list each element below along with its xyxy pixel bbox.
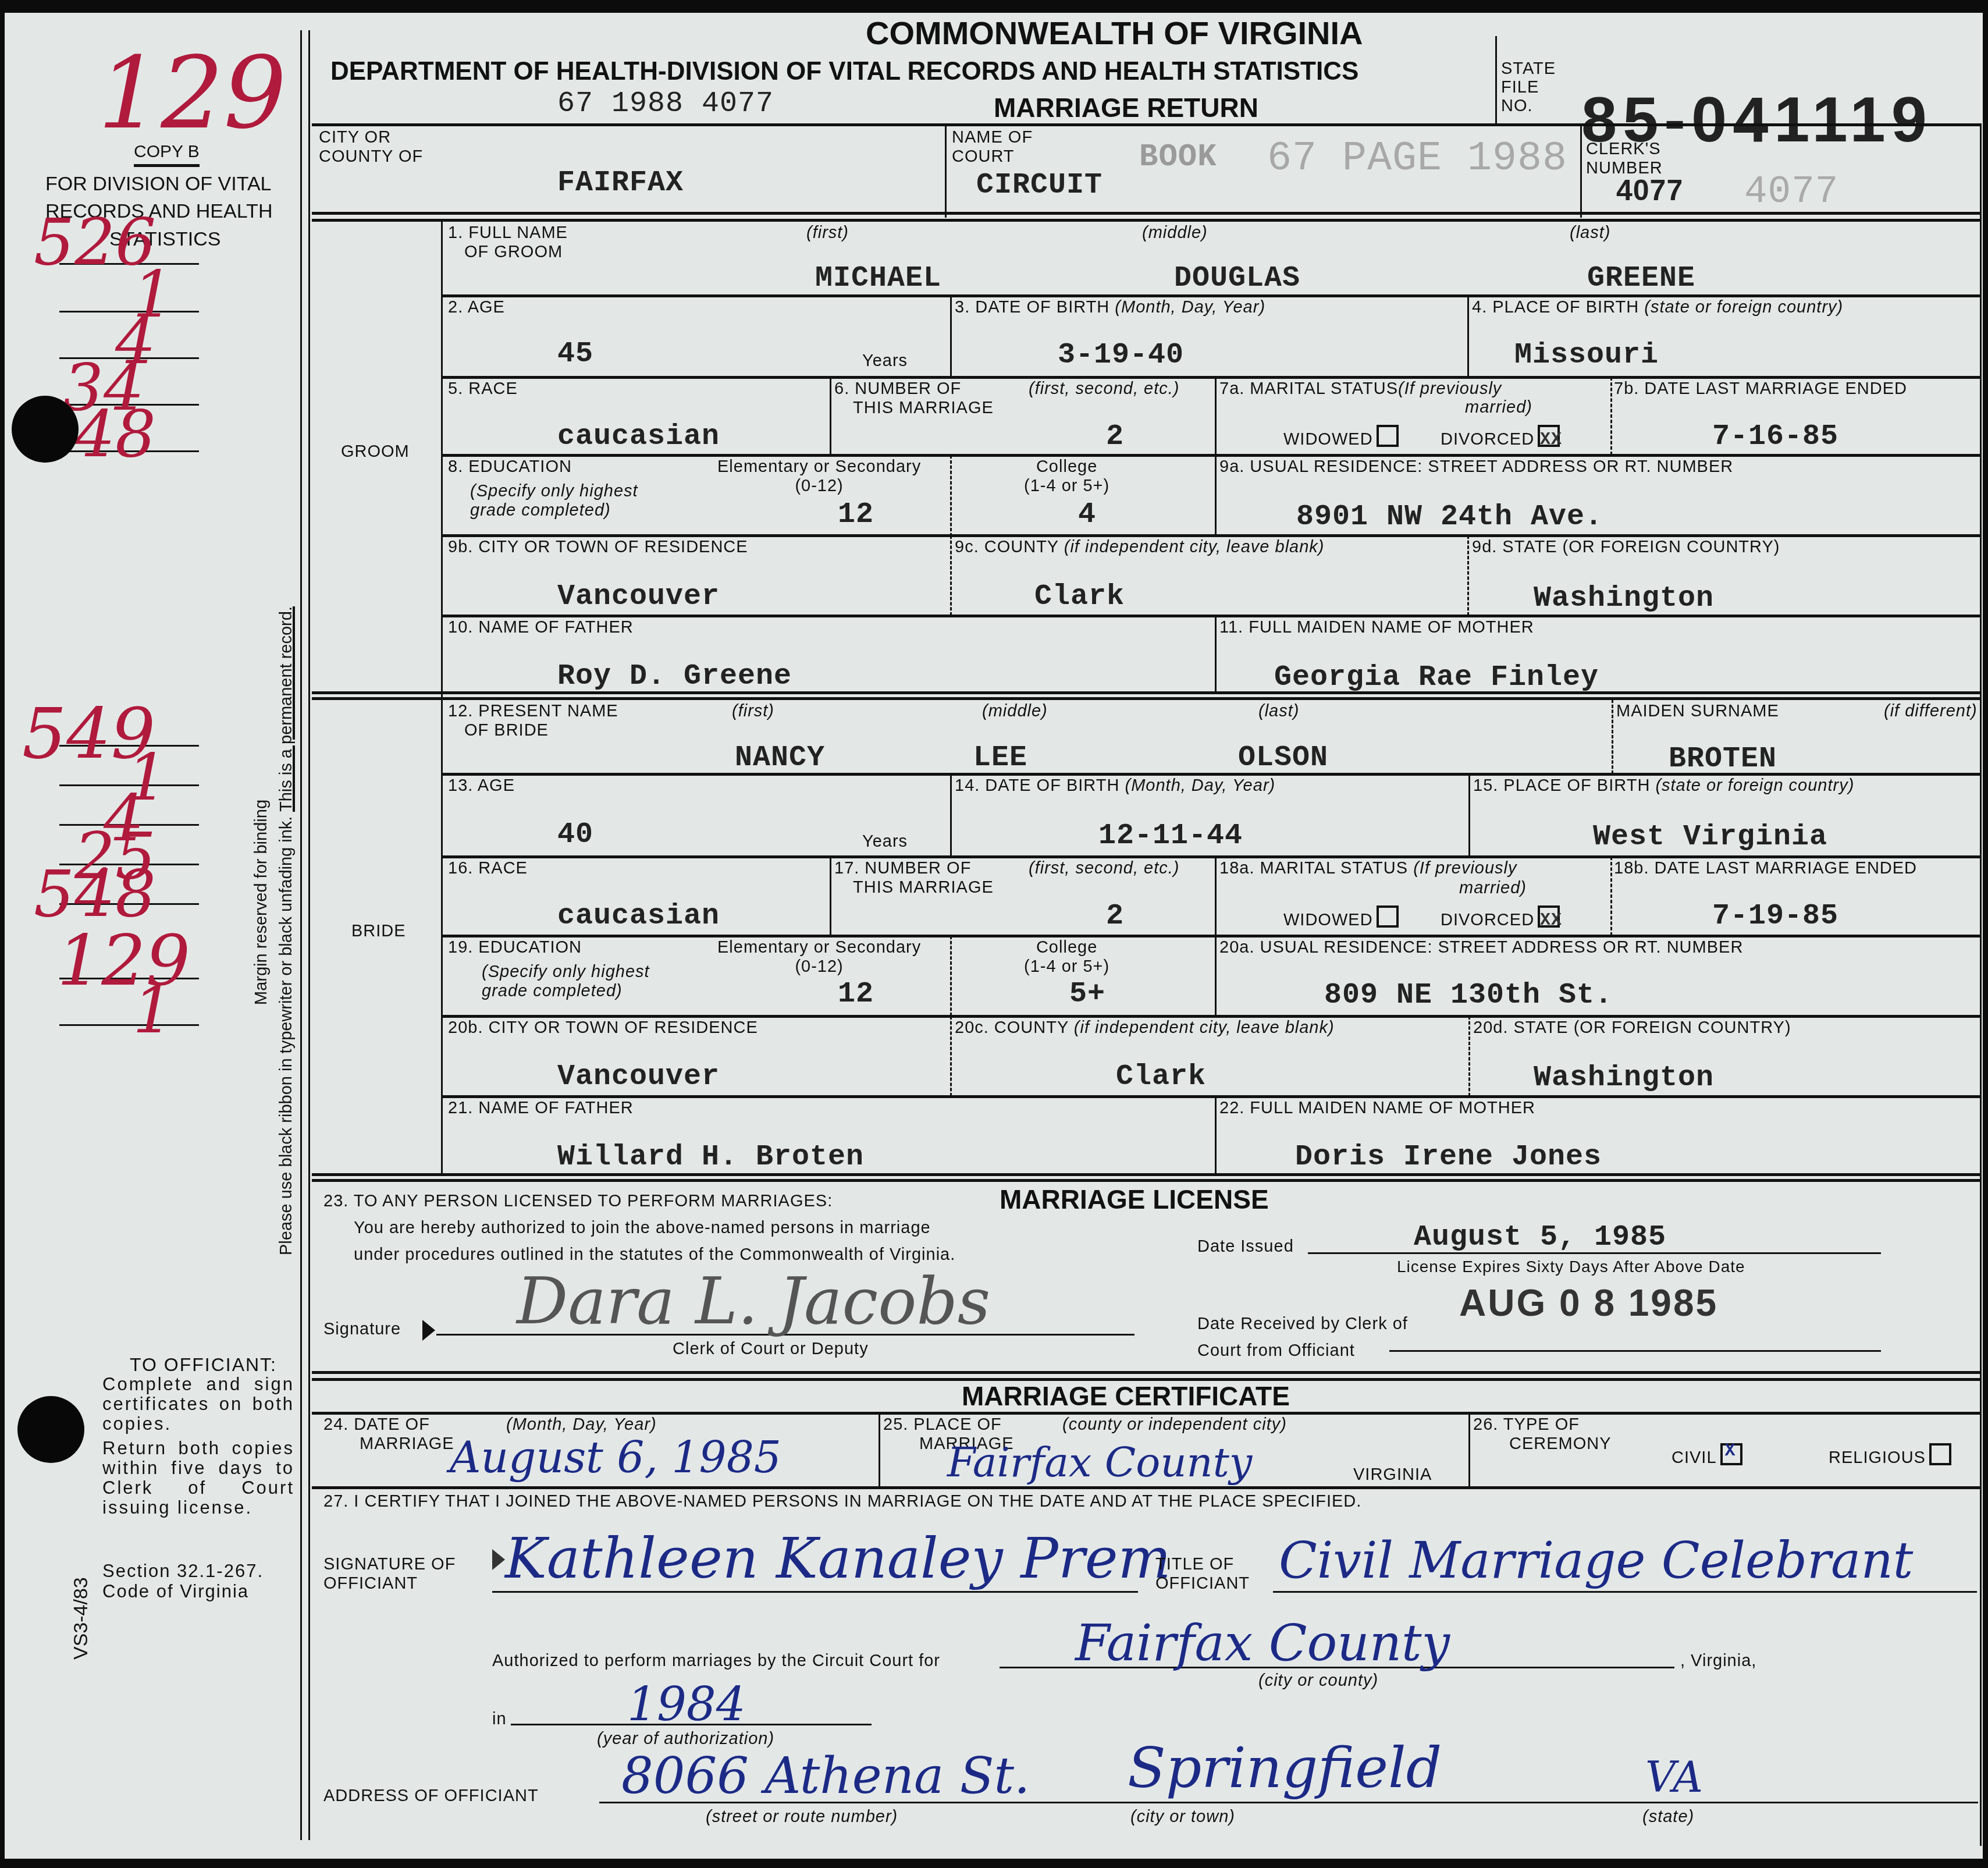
- years-label: Years: [862, 832, 908, 851]
- bride-elem-grade: 12: [838, 978, 874, 1011]
- col-divider: [879, 1413, 880, 1487]
- officiant-address-label: ADDRESS OF OFFICIANT: [323, 1787, 539, 1806]
- widowed-label: WIDOWED: [1283, 911, 1373, 929]
- label-line: (0-12): [717, 957, 921, 976]
- label-text: 9c. COUNTY: [955, 538, 1059, 556]
- maiden-surname-label: MAIDEN SURNAME: [1616, 702, 1779, 721]
- bride-divorced-option[interactable]: DIVORCEDXX: [1441, 905, 1560, 930]
- edu-hint: (Specify only highest grade completed): [470, 482, 638, 520]
- label-text: 4. PLACE OF BIRTH: [1472, 298, 1639, 317]
- groom-elem-grade: 12: [838, 498, 874, 531]
- col-divider: [950, 455, 952, 537]
- edu-hint: (Specify only highest grade completed): [482, 963, 650, 1001]
- typed-x-mark: XX: [1540, 911, 1562, 931]
- signature-arrow-icon: [492, 1549, 505, 1570]
- row-rule: [442, 1015, 1982, 1018]
- label-text: 14. DATE OF BIRTH: [955, 776, 1119, 795]
- col-divider: [1215, 936, 1217, 1016]
- bride-last-ended-label: 18b. DATE LAST MARRIAGE ENDED: [1614, 859, 1917, 878]
- groom-state: Washington: [1534, 582, 1714, 615]
- bride-age: 40: [557, 818, 593, 851]
- label-line: OFFICIANT: [1155, 1574, 1250, 1593]
- groom-middle-name: DOUGLAS: [1174, 262, 1300, 295]
- label-text: 7a. MARITAL STATUS: [1219, 379, 1398, 398]
- date-received-label: Date Received by Clerk of Court from Off…: [1197, 1311, 1408, 1364]
- bride-pob: West Virginia: [1593, 821, 1827, 854]
- bride-last-name: OLSON: [1238, 741, 1328, 775]
- divorced-checkbox[interactable]: XX: [1538, 425, 1560, 447]
- groom-section-label: GROOM: [341, 442, 410, 461]
- groom-city-label: 9b. CITY OR TOWN OF RESIDENCE: [448, 538, 748, 557]
- label-line: 17. NUMBER OF: [834, 859, 994, 878]
- label-line: Court from Officiant: [1197, 1337, 1408, 1364]
- label-line: OF BRIDE: [448, 721, 618, 740]
- street-caption: (street or route number): [706, 1807, 898, 1827]
- form-right-edge: [1980, 123, 1982, 1846]
- officiant-signature-label: SIGNATURE OF OFFICIANT: [323, 1555, 456, 1593]
- bride-state-label: 20d. STATE (OR FOREIGN COUNTRY): [1473, 1018, 1791, 1038]
- date-issued: August 5, 1985: [1414, 1221, 1666, 1254]
- bride-residence-label: 20a. USUAL RESIDENCE: STREET ADDRESS OR …: [1219, 938, 1743, 957]
- row-rule: [442, 935, 1982, 937]
- col-divider: [1215, 377, 1217, 455]
- clerk-number-value: 4077: [1616, 173, 1683, 207]
- row-rule: [312, 1486, 1982, 1489]
- clerk-signature-caption: Clerk of Court or Deputy: [673, 1340, 869, 1359]
- groom-county: Clark: [1034, 580, 1125, 613]
- bride-city-label: 20b. CITY OR TOWN OF RESIDENCE: [448, 1018, 758, 1038]
- ink-note-text: Please use black ribbon in typewriter or…: [277, 816, 296, 1255]
- state-file-label-line: FILE: [1501, 78, 1556, 97]
- last-hint: (last): [1570, 223, 1610, 243]
- state-title: COMMONWEALTH OF VIRGINIA: [866, 14, 1363, 52]
- margin-code: 548: [34, 857, 156, 931]
- col-divider: [830, 857, 831, 936]
- bride-section-label: BRIDE: [351, 922, 406, 941]
- bride-edu-label: 19. EDUCATION: [448, 938, 582, 957]
- groom-mother-label: 11. FULL MAIDEN NAME OF MOTHER: [1219, 618, 1534, 637]
- divorced-checkbox[interactable]: XX: [1538, 905, 1560, 928]
- date-received-stamp: AUG 0 8 1985: [1459, 1281, 1718, 1324]
- groom-residence-label: 9a. USUAL RESIDENCE: STREET ADDRESS OR R…: [1219, 457, 1733, 477]
- margin-rule: [300, 30, 302, 1840]
- label-text: 18a. MARITAL STATUS: [1219, 859, 1408, 878]
- label-line: MARRIAGE: [323, 1434, 454, 1454]
- col-divider: [1215, 1096, 1217, 1174]
- clerk-label-line: CLERK'S: [1586, 140, 1663, 159]
- check-x-mark: X: [1725, 1442, 1736, 1461]
- bride-father-label: 21. NAME OF FATHER: [448, 1099, 634, 1118]
- license-item-label: 23. TO ANY PERSON LICENSED TO PERFORM MA…: [323, 1192, 833, 1211]
- ledger-line: [59, 1024, 199, 1026]
- label-line: CEREMONY: [1473, 1434, 1612, 1454]
- header-divider: [1495, 36, 1497, 123]
- authorized-court-label: Authorized to perform marriages by the C…: [492, 1652, 940, 1671]
- groom-num-marriage: 2: [1106, 420, 1124, 453]
- last-hint: (last): [1258, 702, 1299, 721]
- department-title: DEPARTMENT OF HEALTH-DIVISION OF VITAL R…: [330, 57, 1358, 86]
- bride-widowed-option[interactable]: WIDOWED: [1283, 905, 1399, 930]
- state-file-label: STATE FILE NO.: [1501, 59, 1556, 115]
- groom-college-years: 4: [1078, 498, 1096, 531]
- groom-city: Vancouver: [557, 580, 720, 613]
- groom-name-label: 1. FULL NAME OF GROOM: [448, 223, 568, 262]
- year-caption: (year of authorization): [597, 1730, 774, 1749]
- divorced-label: DIVORCED: [1441, 430, 1534, 449]
- label-line: 1. FULL NAME: [448, 223, 568, 243]
- row-rule: [312, 1412, 1982, 1415]
- marriage-place: Fairfax County: [947, 1439, 1252, 1486]
- label-line: 26. TYPE OF: [1473, 1415, 1612, 1434]
- groom-divorced-option[interactable]: DIVORCEDXX: [1441, 425, 1560, 449]
- bride-pob-label: 15. PLACE OF BIRTH (state or foreign cou…: [1473, 776, 1854, 796]
- label-line: grade completed): [470, 501, 638, 520]
- label-line: (1-4 or 5+): [1024, 477, 1109, 496]
- groom-pob: Missouri: [1514, 339, 1659, 372]
- row-rule: [442, 1095, 1982, 1098]
- label-line: THIS MARRIAGE: [834, 878, 994, 897]
- civil-checkbox[interactable]: X: [1720, 1443, 1742, 1465]
- bride-num-marriage: 2: [1106, 900, 1124, 933]
- to-officiant-heading: TO OFFICIANT:: [130, 1354, 277, 1376]
- religious-label: RELIGIOUS: [1829, 1448, 1926, 1467]
- label-line: College: [1024, 457, 1109, 477]
- marriage-date: August 6, 1985: [450, 1433, 781, 1483]
- permanent-record-note: This is a permanent record.: [277, 606, 296, 812]
- groom-father: Roy D. Greene: [557, 660, 792, 693]
- groom-pob-label: 4. PLACE OF BIRTH (state or foreign coun…: [1472, 298, 1843, 317]
- court-value: CIRCUIT: [976, 169, 1103, 202]
- groom-race-label: 5. RACE: [448, 379, 518, 399]
- book-stamp: BOOK: [1139, 140, 1217, 175]
- bride-middle-name: LEE: [973, 741, 1027, 775]
- col-divider: [950, 535, 952, 616]
- label-line: 6. NUMBER OF: [834, 379, 994, 399]
- officiant-signature-line: [492, 1591, 1138, 1593]
- label-line: Elementary or Secondary: [717, 457, 921, 477]
- groom-mother: Georgia Rae Finley: [1274, 661, 1599, 694]
- bride-county-label: 20c. COUNTY (if independent city, leave …: [955, 1018, 1335, 1038]
- col-divider: [1610, 857, 1612, 936]
- court-label-line: COURT: [952, 147, 1033, 166]
- col-divider: [1610, 377, 1612, 455]
- label-hint: (state or foreign country): [1655, 776, 1854, 795]
- section-rule: [312, 1371, 1982, 1374]
- margin-rule: [308, 30, 310, 1840]
- groom-last-ended-label: 7b. DATE LAST MARRIAGE ENDED: [1614, 379, 1907, 399]
- officiant-title-line: [1273, 1591, 1977, 1593]
- marriage-date-label: 24. DATE OF MARRIAGE: [323, 1415, 454, 1454]
- col-divider: [830, 377, 831, 455]
- bride-city: Vancouver: [557, 1060, 720, 1093]
- label-line: 25. PLACE OF: [883, 1415, 1014, 1434]
- groom-state-label: 9d. STATE (OR FOREIGN COUNTRY): [1472, 538, 1780, 557]
- binder-hole: [12, 396, 79, 463]
- bride-marital-label: 18a. MARITAL STATUS (If previously: [1219, 859, 1517, 878]
- officiant-state[interactable]: VA: [1645, 1753, 1703, 1802]
- label-hint: (if independent city, leave blank): [1064, 538, 1325, 556]
- college-label: College (1-4 or 5+): [1024, 457, 1109, 496]
- first-hint: (first): [732, 702, 774, 721]
- license-expiry-note: License Expires Sixty Days After Above D…: [1397, 1257, 1745, 1276]
- book-page-stamp: 67 PAGE 1988: [1267, 136, 1567, 182]
- label-hint: (Month, Day, Year): [1125, 776, 1276, 795]
- bride-county: Clark: [1116, 1060, 1206, 1093]
- city-county-label-line: COUNTY OF: [319, 147, 423, 166]
- officiant-title-label: TITLE OF OFFICIANT: [1155, 1555, 1250, 1593]
- year-in-label: in: [492, 1710, 507, 1729]
- ink-note: Please use black ribbon in typewriter or…: [277, 606, 296, 1255]
- col-divider: [950, 1016, 952, 1096]
- row-rule: [442, 773, 1982, 776]
- license-authorization-2: under procedures outlined in the statute…: [354, 1245, 955, 1265]
- authorized-suffix: , Virginia,: [1680, 1652, 1756, 1671]
- row-rule: [442, 294, 1982, 297]
- city-caption: (city or town): [1130, 1807, 1235, 1827]
- col-divider: [1468, 774, 1470, 857]
- groom-residence: 8901 NW 24th Ave.: [1296, 500, 1603, 534]
- civil-label: CIVIL: [1672, 1448, 1717, 1467]
- religious-option[interactable]: RELIGIOUS: [1829, 1443, 1951, 1468]
- middle-hint: (middle): [982, 702, 1048, 721]
- label-line: SIGNATURE OF: [323, 1555, 456, 1574]
- authorization-year[interactable]: 1984: [627, 1677, 746, 1731]
- label-text: 3. DATE OF BIRTH: [955, 298, 1109, 317]
- officiant-signature[interactable]: Kathleen Kanaley Prem: [505, 1526, 1171, 1591]
- officiant-city[interactable]: Springfield: [1128, 1735, 1442, 1800]
- section-rule: [312, 1179, 1982, 1182]
- certificate-title: MARRIAGE CERTIFICATE: [962, 1380, 1290, 1412]
- groom-age-label: 2. AGE: [448, 298, 505, 317]
- date-received-line: [1389, 1350, 1881, 1352]
- date-issued-label: Date Issued: [1197, 1237, 1294, 1256]
- bride-college-years: 5+: [1069, 978, 1105, 1011]
- typed-reference: 67 1988 4077: [557, 87, 774, 120]
- groom-edu-label: 8. EDUCATION: [448, 457, 572, 477]
- bride-state: Washington: [1534, 1061, 1714, 1095]
- code-name: Code of Virginia: [102, 1581, 249, 1602]
- state-caption: (state): [1642, 1807, 1694, 1827]
- col-divider: [950, 774, 952, 857]
- binder-hole: [17, 1396, 84, 1463]
- widowed-checkbox[interactable]: [1377, 905, 1399, 928]
- clerk-signature[interactable]: Dara L. Jacobs: [517, 1264, 990, 1338]
- officiant-street[interactable]: 8066 Athena St.: [621, 1747, 1030, 1805]
- groom-county-label: 9c. COUNTY (if independent city, leave b…: [955, 538, 1325, 557]
- form-title: MARRIAGE RETURN: [994, 92, 1258, 123]
- widowed-label: WIDOWED: [1283, 430, 1373, 449]
- label-hint: (If previously: [1398, 379, 1502, 398]
- authorized-place[interactable]: Fairfax County: [1075, 1614, 1450, 1672]
- ceremony-type-label: 26. TYPE OF CEREMONY: [1473, 1415, 1612, 1454]
- elem-label: Elementary or Secondary (0-12): [717, 938, 921, 976]
- bride-mother: Doris Irene Jones: [1295, 1141, 1602, 1174]
- civil-option[interactable]: CIVILX: [1672, 1443, 1742, 1468]
- college-label: College (1-4 or 5+): [1024, 938, 1109, 976]
- bride-race: caucasian: [557, 900, 720, 933]
- col-divider: [1468, 1016, 1470, 1096]
- row-rule: [442, 454, 1982, 457]
- for-division-label-1: FOR DIVISION OF VITAL: [45, 173, 272, 196]
- col-divider: [1580, 125, 1582, 218]
- copy-b-label: COPY B: [134, 142, 200, 167]
- label-line: (Specify only highest: [482, 963, 650, 982]
- section-rule: [312, 697, 1982, 700]
- bride-maiden-surname: BROTEN: [1669, 743, 1777, 776]
- code-section: Section 32.1-267.: [102, 1561, 264, 1582]
- margin-code-top: 129: [98, 36, 286, 151]
- label-line: grade completed): [482, 982, 650, 1001]
- religious-checkbox[interactable]: [1929, 1443, 1951, 1465]
- bride-father: Willard H. Broten: [557, 1141, 864, 1174]
- label-line: (0-12): [717, 477, 921, 496]
- row-rule: [442, 855, 1982, 858]
- label-hint: (If previously: [1413, 859, 1517, 878]
- clerk-number-stamp: 4077: [1744, 170, 1838, 214]
- label-hint: (Month, Day, Year): [1115, 298, 1265, 317]
- groom-dob-label: 3. DATE OF BIRTH (Month, Day, Year): [955, 298, 1265, 317]
- marital-hint-2: married): [1465, 398, 1532, 417]
- form-code: VS3-4/83: [70, 1577, 93, 1660]
- bride-dob: 12-11-44: [1098, 819, 1243, 853]
- label-hint: (state or foreign country): [1644, 298, 1843, 317]
- label-line: (Specify only highest: [470, 482, 638, 501]
- col-divider: [1467, 296, 1469, 377]
- groom-father-label: 10. NAME OF FATHER: [448, 618, 634, 637]
- groom-age: 45: [557, 338, 593, 371]
- license-title: MARRIAGE LICENSE: [1000, 1184, 1269, 1215]
- groom-last-name: GREENE: [1587, 262, 1695, 295]
- label-line: College: [1024, 938, 1109, 957]
- bride-num-marriage-label: 17. NUMBER OF THIS MARRIAGE: [834, 859, 994, 897]
- years-label: Years: [862, 351, 908, 371]
- city-county-label: CITY OR COUNTY OF: [319, 128, 423, 166]
- certify-statement: 27. I CERTIFY THAT I JOINED THE ABOVE-NA…: [323, 1492, 1361, 1511]
- divorced-label: DIVORCED: [1441, 911, 1534, 929]
- label-line: THIS MARRIAGE: [834, 399, 994, 418]
- groom-race: caucasian: [557, 420, 720, 453]
- label-text: 20c. COUNTY: [955, 1018, 1069, 1037]
- header-rule: [312, 123, 1982, 126]
- section-rule: [312, 1173, 1982, 1176]
- signature-arrow-icon: [422, 1320, 435, 1341]
- state-file-label-line: NO.: [1501, 97, 1556, 115]
- col-divider: [1215, 857, 1217, 936]
- label-text: 15. PLACE OF BIRTH: [1473, 776, 1650, 795]
- label-line: OF GROOM: [448, 243, 568, 262]
- bride-age-label: 13. AGE: [448, 776, 515, 796]
- widowed-checkbox[interactable]: [1377, 425, 1399, 447]
- bride-last-ended: 7-19-85: [1712, 900, 1838, 933]
- license-authorization-1: You are hereby authorized to join the ab…: [354, 1219, 931, 1238]
- bride-dob-label: 14. DATE OF BIRTH (Month, Day, Year): [955, 776, 1275, 796]
- label-line: Elementary or Secondary: [717, 938, 921, 957]
- label-hint: (if independent city, leave blank): [1074, 1018, 1335, 1037]
- col-divider: [945, 125, 947, 218]
- label-line: (1-4 or 5+): [1024, 957, 1109, 976]
- col-divider: [950, 296, 952, 377]
- binding-note: Margin reserved for binding: [252, 800, 271, 1005]
- bride-first-name: NANCY: [735, 741, 825, 775]
- bride-name-label: 12. PRESENT NAME OF BRIDE: [448, 702, 618, 740]
- maiden-hint: (if different): [1884, 702, 1978, 721]
- row-rule: [442, 615, 1982, 617]
- middle-hint: (middle): [1142, 223, 1208, 243]
- label-line: 12. PRESENT NAME: [448, 702, 618, 721]
- state-file-label-line: STATE: [1501, 59, 1556, 78]
- col-divider: [1468, 1413, 1470, 1487]
- groom-last-ended: 7-16-85: [1712, 420, 1838, 453]
- marriage-place-state: VIRGINIA: [1353, 1465, 1432, 1485]
- groom-num-marriage-label: 6. NUMBER OF THIS MARRIAGE: [834, 379, 994, 418]
- groom-marital-label: 7a. MARITAL STATUS(If previously: [1219, 379, 1502, 399]
- label-line: 24. DATE OF: [323, 1415, 454, 1434]
- col-divider: [1612, 699, 1613, 774]
- marriage-date-hint: (Month, Day, Year): [506, 1415, 657, 1434]
- officiant-title[interactable]: Civil Marriage Celebrant: [1279, 1532, 1913, 1590]
- groom-first-name: MICHAEL: [815, 262, 941, 295]
- groom-widowed-option[interactable]: WIDOWED: [1283, 425, 1399, 449]
- col-divider: [1215, 455, 1217, 537]
- label-line: TITLE OF: [1155, 1555, 1250, 1574]
- section-rule: [312, 219, 1982, 222]
- col-divider: [950, 936, 952, 1016]
- section-rule: [312, 691, 1982, 694]
- clerk-number-label: CLERK'S NUMBER: [1586, 140, 1663, 178]
- officiant-instruction-1: Complete and sign certificates on both c…: [102, 1375, 294, 1434]
- marriage-return-form: 129 COPY B FOR DIVISION OF VITAL RECORDS…: [5, 13, 1983, 1859]
- num-marriage-hint: (first, second, etc.): [1029, 859, 1180, 878]
- label-line: OFFICIANT: [323, 1574, 456, 1593]
- col-divider: [1215, 616, 1217, 694]
- first-hint: (first): [806, 223, 849, 243]
- marital-hint-2: married): [1459, 879, 1527, 898]
- label-line: Date Received by Clerk of: [1197, 1311, 1408, 1337]
- court-label-line: NAME OF: [952, 128, 1033, 147]
- row-rule: [442, 534, 1982, 537]
- bride-race-label: 16. RACE: [448, 859, 528, 878]
- bride-residence: 809 NE 130th St.: [1324, 979, 1613, 1012]
- margin-code: 1: [133, 973, 173, 1047]
- section-rule: [312, 212, 1982, 215]
- num-marriage-hint: (first, second, etc.): [1029, 379, 1180, 399]
- city-county-label-line: CITY OR: [319, 128, 423, 147]
- elem-label: Elementary or Secondary (0-12): [717, 457, 921, 496]
- city-county-value: FAIRFAX: [557, 166, 684, 200]
- marriage-place-hint: (county or independent city): [1062, 1415, 1287, 1434]
- bride-mother-label: 22. FULL MAIDEN NAME OF MOTHER: [1219, 1099, 1535, 1118]
- typed-x-mark: XX: [1540, 431, 1562, 450]
- authorized-place-caption: (city or county): [1258, 1671, 1378, 1691]
- col-divider: [1467, 535, 1469, 616]
- court-label: NAME OF COURT: [952, 128, 1033, 166]
- clerk-signature-label: Signature: [323, 1320, 401, 1339]
- row-rule: [442, 376, 1982, 379]
- groom-dob: 3-19-40: [1058, 339, 1184, 372]
- officiant-instruction-2: Return both copies within five days to C…: [102, 1439, 294, 1518]
